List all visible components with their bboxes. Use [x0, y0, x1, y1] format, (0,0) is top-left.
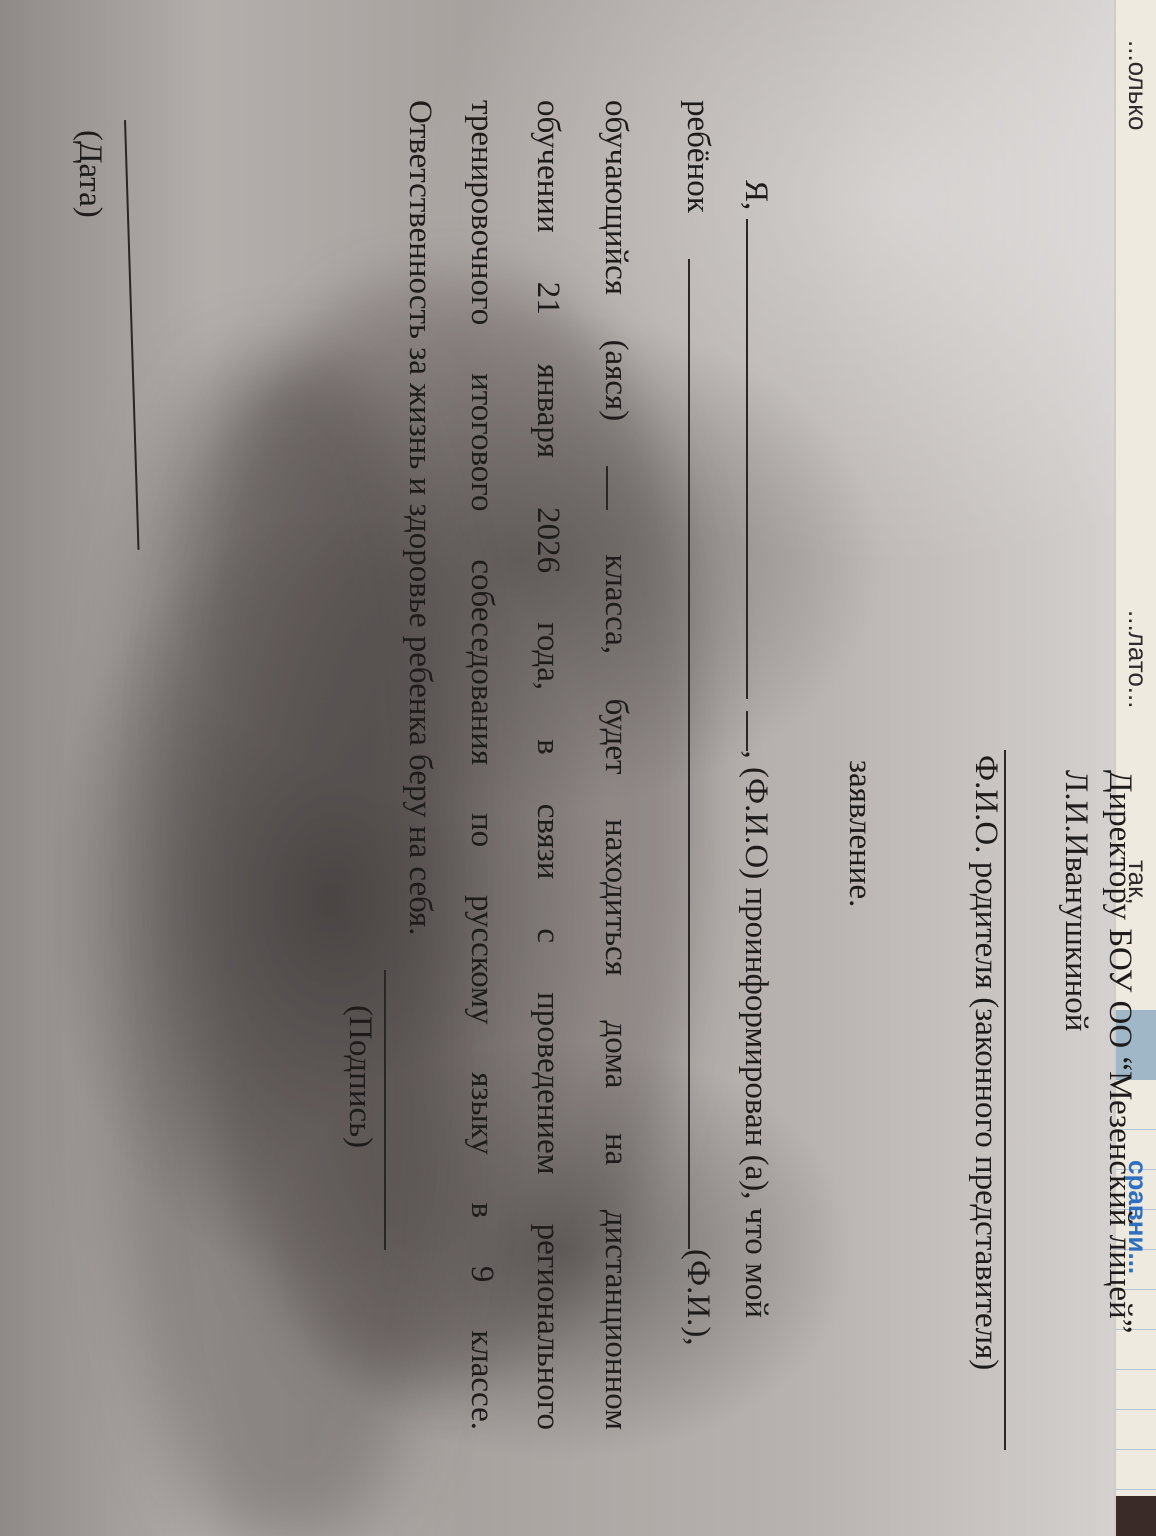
word: 9	[463, 1266, 500, 1283]
word: в	[529, 739, 566, 755]
word: с	[529, 928, 566, 943]
parent-name-field[interactable]	[1004, 750, 1006, 1450]
text-i: Я,	[738, 180, 774, 210]
body-line-3: обучающийся (аяся) класса, будет находит…	[597, 100, 634, 1430]
parent-fio-field[interactable]	[746, 219, 774, 699]
addressee-line-2: Л.И.Иванушкиной	[1057, 770, 1094, 1031]
body-line-4: обучении 21 января 2026 года, в связи с …	[529, 100, 566, 1430]
application-document: Директору БОУ ОО “Мезенский лицей” Л.И.И…	[0, 0, 1156, 1536]
word: классе.	[463, 1330, 500, 1430]
word: находиться	[597, 819, 634, 976]
signature-field[interactable]	[384, 970, 386, 1250]
word: будет	[597, 699, 634, 775]
class-number-field[interactable]	[606, 466, 634, 510]
word: 2026	[529, 507, 566, 573]
line1-end-text: , (Ф.И.О) проинформирован (а), что мой	[738, 751, 774, 1319]
word: тренировочного	[463, 100, 500, 325]
word: дома	[597, 1020, 634, 1088]
word: собеседования	[463, 559, 500, 765]
word: в	[463, 1203, 500, 1219]
word: русскому	[463, 895, 500, 1024]
word: на	[597, 1133, 634, 1165]
word: регионального	[529, 1224, 566, 1430]
word: обучении	[529, 100, 566, 233]
word: обучающийся	[597, 100, 634, 295]
text-child: ребёнок	[680, 100, 716, 213]
addressee-line-1: Директору БОУ ОО “Мезенский лицей”	[1101, 770, 1138, 1333]
word: (аяся)	[597, 340, 634, 422]
word: проведением	[529, 992, 566, 1175]
child-fi-caption: (Ф.И.),	[680, 1249, 716, 1346]
word: 21	[529, 282, 566, 315]
word: января	[529, 364, 566, 458]
child-fi-field[interactable]	[688, 259, 716, 1249]
word: по	[463, 813, 500, 847]
signature-caption: (Подпись)	[341, 1005, 378, 1148]
date-field[interactable]	[124, 120, 140, 550]
date-caption: (Дата)	[71, 130, 108, 218]
body-line-2: ребёнок (Ф.И.),	[679, 100, 716, 1346]
body-line-5: тренировочного итогового собеседования п…	[463, 100, 500, 1430]
word: года,	[529, 622, 566, 690]
document-title: заявление.	[841, 760, 878, 907]
parent-fio-field-extra[interactable]	[746, 711, 774, 751]
word: связи	[529, 804, 566, 880]
word: языку	[463, 1072, 500, 1154]
body-line-6: Ответственность за жизнь и здоровье ребе…	[401, 100, 438, 936]
parent-name-caption: Ф.И.О. родителя (законного представителя…	[967, 755, 1004, 1370]
word: дистанционном	[597, 1210, 634, 1430]
body-line-1: Я, , (Ф.И.О) проинформирован (а), что мо…	[737, 180, 774, 1318]
word: класса,	[597, 554, 634, 654]
word: итогового	[463, 373, 500, 511]
